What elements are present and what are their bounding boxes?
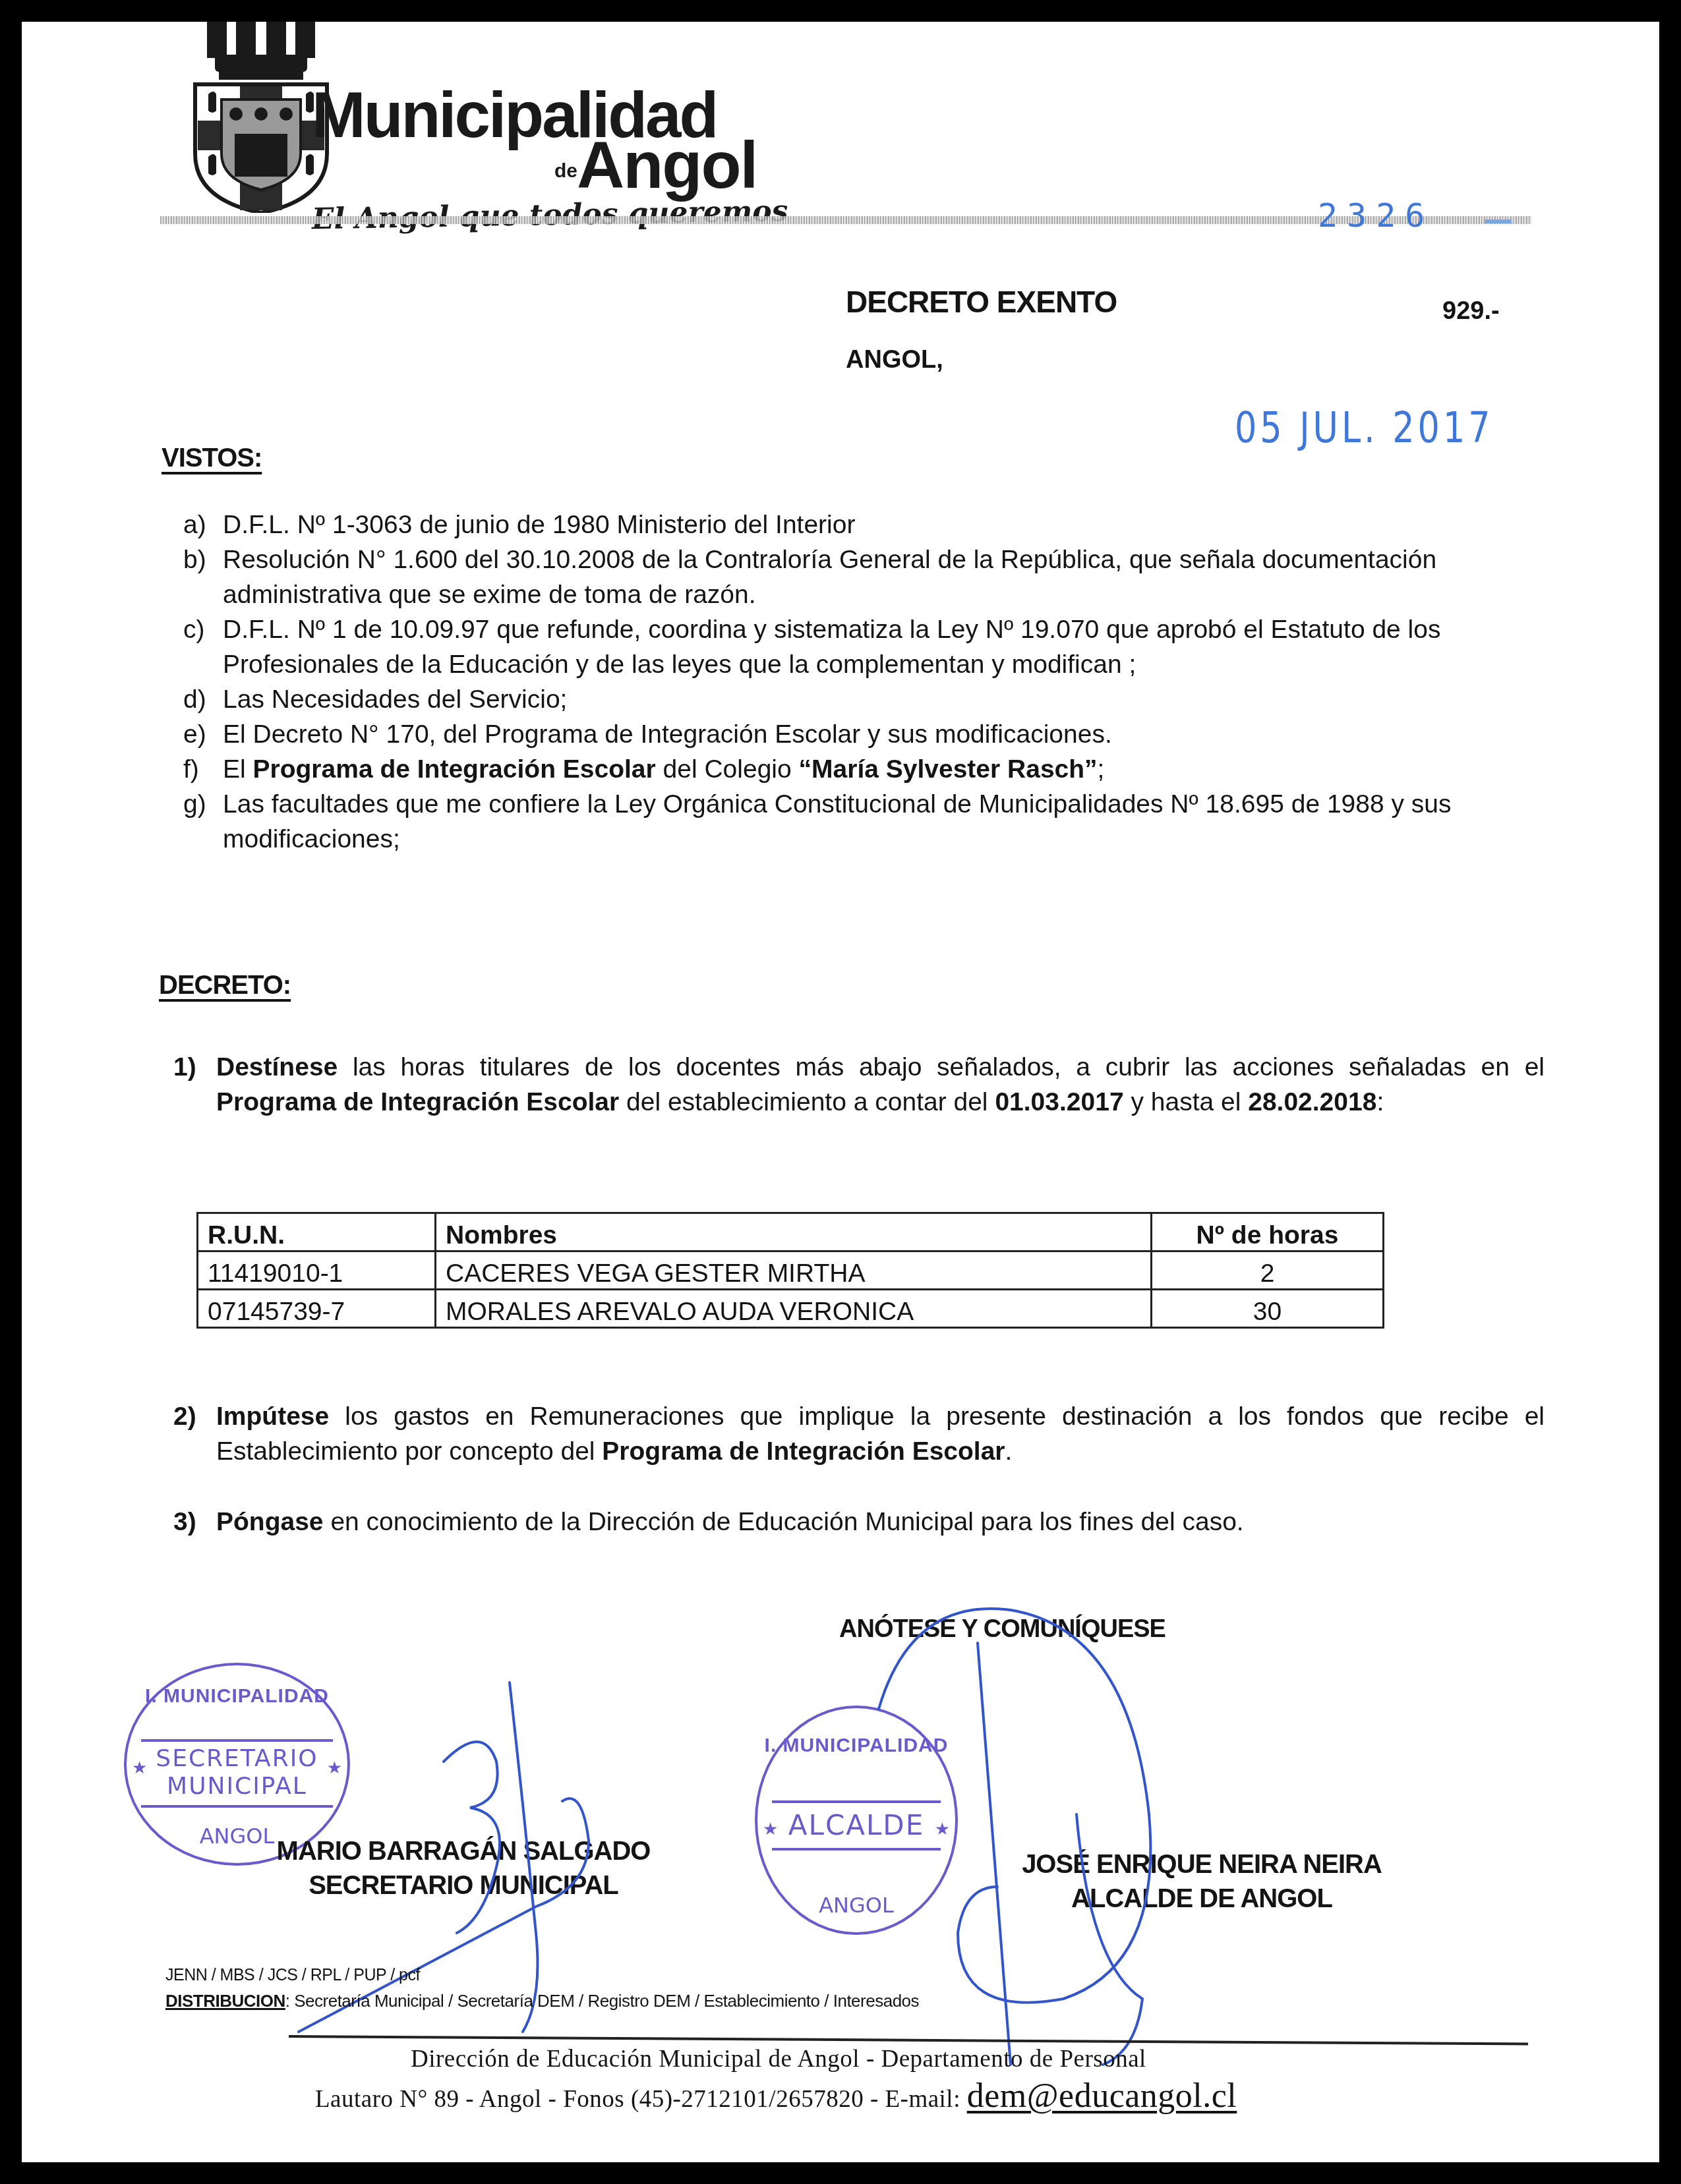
item-marker: 3) [173, 1505, 196, 1539]
column-header-run: R.U.N. [198, 1213, 436, 1251]
stamp-mark [1485, 219, 1512, 223]
cell-hours: 2 [1152, 1251, 1384, 1290]
item-marker: 2) [173, 1399, 196, 1434]
decree-item-1: 1) Destínese las horas titulares de los … [173, 1050, 1545, 1120]
place-label: ANGOL, [846, 346, 943, 374]
table-row: 07145739-7 MORALES AREVALO AUDA VERONICA… [198, 1290, 1384, 1328]
item-text: : [1376, 1088, 1384, 1116]
star-icon: ★ [763, 1819, 778, 1839]
distribution-recipients: : Secretaría Municipal / Secretaría DEM … [285, 1991, 919, 2011]
seal-bottom-text: ANGOL [757, 1893, 955, 1918]
item-marker: f) [183, 752, 199, 787]
mayor-seal: I. MUNICIPALIDAD ALCALDE ★ ★ ANGOL [755, 1706, 958, 1935]
item-text: y hasta el [1124, 1088, 1249, 1116]
cell-hours: 30 [1152, 1290, 1384, 1328]
table-row: 11419010-1 CACERES VEGA GESTER MIRTHA 2 [198, 1251, 1384, 1290]
item-lead: Póngase [216, 1508, 324, 1536]
footer-contact: Lautaro N° 89 - Angol - Fonos (45)-27121… [315, 2077, 1237, 2115]
item-text: en conocimiento de la Dirección de Educa… [324, 1508, 1244, 1536]
program-name: Programa de Integración Escolar [216, 1088, 619, 1116]
item-marker: c) [183, 612, 205, 647]
brand-de: de [554, 160, 577, 183]
distribution-label: DISTRIBUCION [165, 1991, 285, 2011]
item-lead: Destínese [216, 1053, 338, 1081]
signatory-role: ALCALDE DE ANGOL [997, 1882, 1406, 1916]
column-header-hours: Nº de horas [1152, 1213, 1384, 1251]
cell-run: 11419010-1 [198, 1251, 436, 1290]
end-date: 28.02.2018 [1248, 1088, 1376, 1116]
item-text: D.F.L. Nº 1-3063 de junio de 1980 Minist… [223, 511, 855, 539]
document-page: Municipalidad de Angol El Angol que todo… [22, 22, 1659, 2162]
item-marker: g) [183, 787, 206, 822]
item-marker: d) [183, 682, 206, 717]
decree-number: 929.- [1442, 297, 1500, 326]
mayor-signature-block: JOSÉ ENRIQUE NEIRA NEIRA ALCALDE DE ANGO… [997, 1847, 1406, 1916]
cell-name: CACERES VEGA GESTER MIRTHA [436, 1251, 1152, 1290]
vistos-item: e) El Decreto N° 170, del Programa de In… [183, 717, 1554, 752]
brand-city: Angol [577, 132, 757, 198]
item-marker: 1) [173, 1050, 196, 1085]
item-text: Las facultades que me confiere la Ley Or… [223, 790, 1452, 853]
item-marker: e) [183, 717, 206, 752]
distribution-line: DISTRIBUCION: Secretaría Municipal / Sec… [165, 1991, 919, 2011]
date-stamp: 05 JUL. 2017 [1235, 404, 1494, 453]
school-name: “María Sylvester Rasch” [799, 755, 1098, 784]
item-text: Resolución N° 1.600 del 30.10.2008 de la… [223, 546, 1436, 609]
item-text: ; [1098, 755, 1105, 784]
vistos-item: c) D.F.L. Nº 1 de 10.09.97 que refunde, … [183, 612, 1554, 682]
item-marker: a) [183, 507, 206, 542]
brand-slogan: El Angol que todos queremos [312, 194, 788, 237]
cell-name: MORALES AREVALO AUDA VERONICA [436, 1290, 1152, 1328]
vistos-list: a) D.F.L. Nº 1-3063 de junio de 1980 Min… [183, 507, 1554, 857]
closing-formula: ANÓTESE Y COMUNÍQUESE [839, 1615, 1165, 1644]
vistos-item: d) Las Necesidades del Servicio; [183, 682, 1554, 717]
vistos-item: g) Las facultades que me confiere la Ley… [183, 787, 1554, 857]
item-text: del Colegio [656, 755, 799, 784]
column-header-names: Nombres [436, 1213, 1152, 1251]
footer-divider [289, 2035, 1528, 2045]
seal-top-text: I. MUNICIPALIDAD [757, 1735, 955, 1757]
vistos-item: f) El Programa de Integración Escolar de… [183, 752, 1554, 787]
item-text: D.F.L. Nº 1 de 10.09.97 que refunde, coo… [223, 616, 1440, 679]
star-icon: ★ [935, 1819, 950, 1839]
vistos-item: b) Resolución N° 1.600 del 30.10.2008 de… [183, 542, 1554, 612]
signatory-role: SECRETARIO MUNICIPAL [259, 1868, 668, 1903]
vistos-item: a) D.F.L. Nº 1-3063 de junio de 1980 Min… [183, 507, 1554, 542]
item-text: Las Necesidades del Servicio; [223, 685, 567, 714]
start-date: 01.03.2017 [995, 1088, 1123, 1116]
seal-line-2: MUNICIPAL [127, 1773, 347, 1800]
cell-run: 07145739-7 [198, 1290, 436, 1328]
secretary-signature-block: MARIO BARRAGÁN SALGADO SECRETARIO MUNICI… [259, 1834, 668, 1903]
item-text: . [1005, 1437, 1013, 1466]
decree-item-2: 2) Impútese los gastos en Remuneraciones… [173, 1399, 1545, 1469]
seal-top-text: I. MUNICIPALIDAD [127, 1685, 347, 1708]
program-name: Programa de Integración Escolar [253, 755, 656, 784]
item-lead: Impútese [216, 1402, 329, 1431]
item-marker: b) [183, 542, 206, 577]
program-name: Programa de Integración Escolar [602, 1437, 1005, 1466]
star-icon: ★ [327, 1758, 342, 1778]
decreto-heading: DECRETO: [159, 971, 291, 1000]
seal-line-1: ALCALDE [757, 1812, 955, 1839]
item-text: El Decreto N° 170, del Programa de Integ… [223, 720, 1112, 749]
drafter-initials: JENN / MBS / JCS / RPL / PUP / pcf [165, 1966, 420, 1985]
footer-department: Dirección de Educación Municipal de Ango… [411, 2045, 1146, 2073]
item-text: del establecimiento a contar del [619, 1088, 995, 1116]
stamp-number: 2326 [1318, 196, 1434, 235]
table-header-row: R.U.N. Nombres Nº de horas [198, 1213, 1384, 1251]
signatory-name: JOSÉ ENRIQUE NEIRA NEIRA [997, 1847, 1406, 1882]
staff-table: R.U.N. Nombres Nº de horas 11419010-1 CA… [196, 1212, 1384, 1329]
seal-line-1: SECRETARIO [127, 1746, 347, 1772]
document-type: DECRETO EXENTO [846, 284, 1117, 320]
footer-email-link[interactable]: dem@educangol.cl [967, 2077, 1237, 2115]
signatory-name: MARIO BARRAGÁN SALGADO [259, 1834, 668, 1868]
item-text: El [223, 755, 253, 784]
star-icon: ★ [132, 1758, 147, 1778]
decree-item-3: 3) Póngase en conocimiento de la Direcci… [173, 1505, 1545, 1539]
vistos-heading: VISTOS: [162, 444, 262, 473]
footer-address: Lautaro N° 89 - Angol - Fonos (45)-27121… [315, 2086, 967, 2113]
item-text: las horas titulares de los docentes más … [338, 1053, 1545, 1081]
